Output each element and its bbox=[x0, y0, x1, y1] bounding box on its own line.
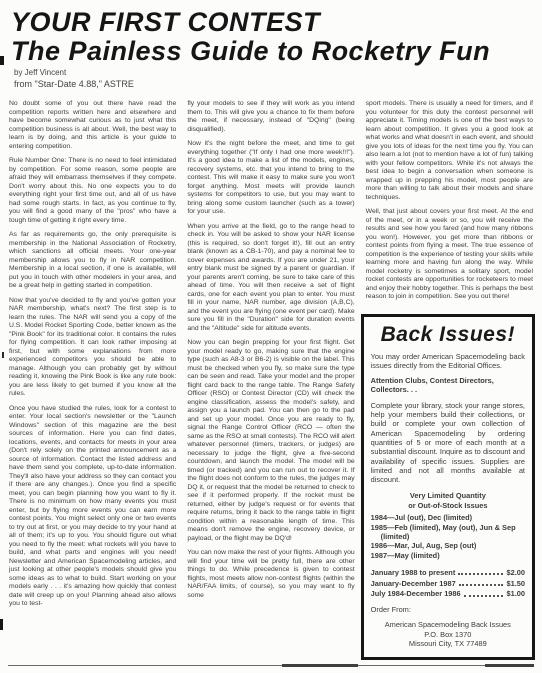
stock-status-list: 1984—Jul (out), Dec (limited) 1985—Feb (… bbox=[371, 513, 525, 559]
price-list: January 1988 to present $2.00 January-De… bbox=[371, 568, 525, 599]
back-issues-intro: You may order American Spacemodeling bac… bbox=[371, 352, 525, 371]
paragraph: You can now make the rest of your flight… bbox=[187, 549, 354, 600]
article-title-line2: The Painless Guide to Rocketry Fun bbox=[11, 38, 533, 65]
order-address-line1: American Spacemodeling Back Issues bbox=[371, 620, 525, 630]
paragraph: Now you can begin prepping for your firs… bbox=[187, 339, 354, 543]
limited-quantity-heading-line1: Very Limited Quantity bbox=[371, 491, 525, 501]
back-issues-heading: Back Issues! bbox=[371, 324, 525, 346]
stock-status-item: 1984—Jul (out), Dec (limited) bbox=[371, 513, 525, 522]
paragraph: Well, that just about covers your first … bbox=[366, 208, 533, 302]
dot-leader bbox=[464, 595, 504, 597]
footer-rule bbox=[8, 665, 533, 666]
order-address: American Spacemodeling Back Issues P.O. … bbox=[371, 620, 525, 649]
article-byline: by Jeff Vincent bbox=[14, 68, 533, 77]
paragraph: Once you have studied the rules, look fo… bbox=[9, 405, 176, 609]
paragraph: When you arrive at the field, go to the … bbox=[187, 223, 354, 334]
scan-artifact-mark bbox=[0, 56, 4, 65]
stock-status-item: 1985—Feb (limited), May (out), Jun & Sep… bbox=[371, 523, 525, 542]
price-label: January-December 1987 bbox=[371, 579, 456, 588]
paragraph: No doubt some of you out there have read… bbox=[9, 100, 176, 151]
scan-artifact-mark bbox=[2, 352, 4, 358]
attention-heading: Attention Clubs, Contest Directors, Coll… bbox=[371, 376, 525, 395]
limited-quantity-heading-line2: or Out-of-Stock Issues bbox=[371, 501, 525, 511]
paragraph: sport models. There is usually a need fo… bbox=[366, 100, 533, 202]
paragraph: Now it's the night before the meet, and … bbox=[187, 140, 354, 217]
article-source-line: from "Star-Date 4.88," ASTRE bbox=[14, 79, 533, 89]
price-label: July 1984-December 1986 bbox=[371, 589, 461, 598]
footer-rule-segment bbox=[282, 664, 358, 667]
attention-body: Complete your library, stock your range … bbox=[371, 401, 525, 485]
paragraph: Rule Number One: There is no need to fee… bbox=[9, 157, 176, 225]
order-from-label: Order From: bbox=[371, 605, 525, 614]
article-header: YOUR FIRST CONTEST The Painless Guide to… bbox=[9, 9, 533, 89]
price-row: July 1984-December 1986 $1.00 bbox=[371, 589, 525, 598]
price-row: January-December 1987 $1.50 bbox=[371, 579, 525, 588]
limited-quantity-heading: Very Limited Quantity or Out-of-Stock Is… bbox=[371, 491, 525, 510]
dot-leader bbox=[458, 573, 503, 575]
dot-leader bbox=[459, 584, 504, 586]
price-value: $2.00 bbox=[506, 568, 525, 577]
scan-artifact-mark bbox=[0, 619, 3, 630]
text-column-2: fly your models to see if they will work… bbox=[187, 100, 354, 660]
paragraph: Now that you've decided to fly and you'v… bbox=[9, 297, 176, 399]
footer-rule-segment bbox=[485, 664, 534, 667]
price-label: January 1988 to present bbox=[371, 568, 456, 577]
article-title-line1: YOUR FIRST CONTEST bbox=[11, 9, 533, 36]
stock-status-item: 1986—Mar, Jul, Aug, Sep (out) bbox=[371, 541, 525, 550]
order-address-line2: P.O. Box 1370 bbox=[371, 630, 525, 640]
paragraph: As far as requirements go, the only prer… bbox=[9, 231, 176, 291]
order-address-line3: Missouri City, TX 77489 bbox=[371, 639, 525, 649]
text-column-3: sport models. There is usually a need fo… bbox=[366, 100, 533, 660]
article-body: No doubt some of you out there have read… bbox=[9, 100, 533, 660]
text-column-1: No doubt some of you out there have read… bbox=[9, 100, 176, 660]
price-value: $1.00 bbox=[506, 589, 525, 598]
scanned-magazine-page: YOUR FIRST CONTEST The Painless Guide to… bbox=[0, 0, 542, 673]
price-row: January 1988 to present $2.00 bbox=[371, 568, 525, 577]
back-issues-box: Back Issues! You may order American Spac… bbox=[361, 314, 535, 660]
price-value: $1.50 bbox=[506, 579, 525, 588]
paragraph: fly your models to see if they will work… bbox=[187, 100, 354, 134]
stock-status-item: 1987—May (limited) bbox=[371, 551, 525, 560]
